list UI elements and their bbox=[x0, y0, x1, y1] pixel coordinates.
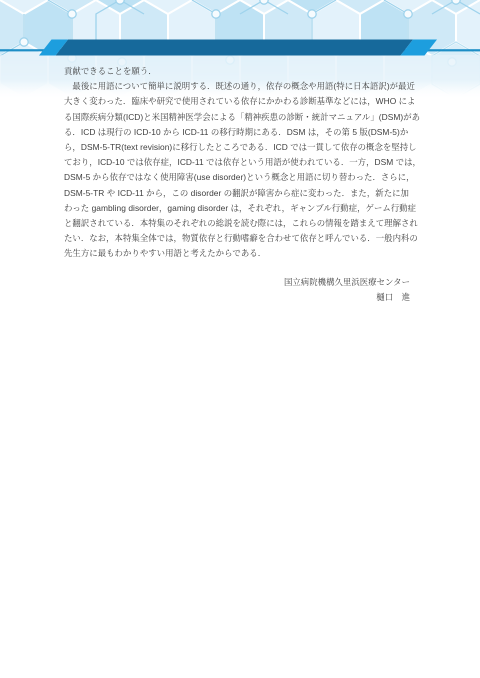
text-line: と翻訳されている．本特集のそれぞれの総説を読む際には，これらの情報を踏まえて理解… bbox=[64, 216, 422, 231]
text-line: 先生方に最もわかりやすい用語と考えたからである． bbox=[64, 246, 422, 261]
text-line: DSM-5 から依存ではなく使用障害(use disorder)という概念と用語… bbox=[64, 170, 422, 185]
text-line: る．ICD は現行の ICD-10 から ICD-11 の移行時期にある．DSM… bbox=[64, 125, 422, 140]
text-line: ら，DSM-5-TR(text revision)に移行したところである．ICD… bbox=[64, 140, 422, 155]
text-line: る国際疾病分類(ICD)と米国精神医学会による「精神疾患の診断・統計マニュアル」… bbox=[64, 110, 422, 125]
text-line: 大きく変わった．臨床や研究で使用されている依存にかかわる診断基準などには，WHO… bbox=[64, 94, 422, 109]
text-line: ており，ICD-10 では依存症，ICD-11 では依存という用語が使われている… bbox=[64, 155, 422, 170]
text-line: わった gambling disorder，gaming disorder は，… bbox=[64, 201, 422, 216]
signature-affiliation: 国立病院機構久里浜医療センター bbox=[64, 275, 410, 290]
text-line: たい．なお，本特集全体では，物質依存と行動嗜癖を合わせて依存と呼んでいる．一般内… bbox=[64, 231, 422, 246]
text-line: 貢献できることを願う． bbox=[64, 64, 422, 79]
body-text: 貢献できることを願う． 最後に用語について簡単に説明する．既述の通り，依存の概念… bbox=[64, 64, 422, 261]
document-page: 貢献できることを願う． 最後に用語について簡単に説明する．既述の通り，依存の概念… bbox=[0, 0, 480, 678]
banner-ribbon bbox=[0, 40, 480, 56]
signature-block: 国立病院機構久里浜医療センター 樋口 進 bbox=[64, 275, 410, 305]
text-line: DSM-5-TR や ICD-11 から，この disorder の翻訳が障害か… bbox=[64, 186, 422, 201]
signature-name: 樋口 進 bbox=[64, 290, 410, 305]
banner-dark-bar bbox=[56, 40, 414, 56]
text-line: 最後に用語について簡単に説明する．既述の通り，依存の概念や用語(特に日本語訳)が… bbox=[64, 79, 422, 94]
